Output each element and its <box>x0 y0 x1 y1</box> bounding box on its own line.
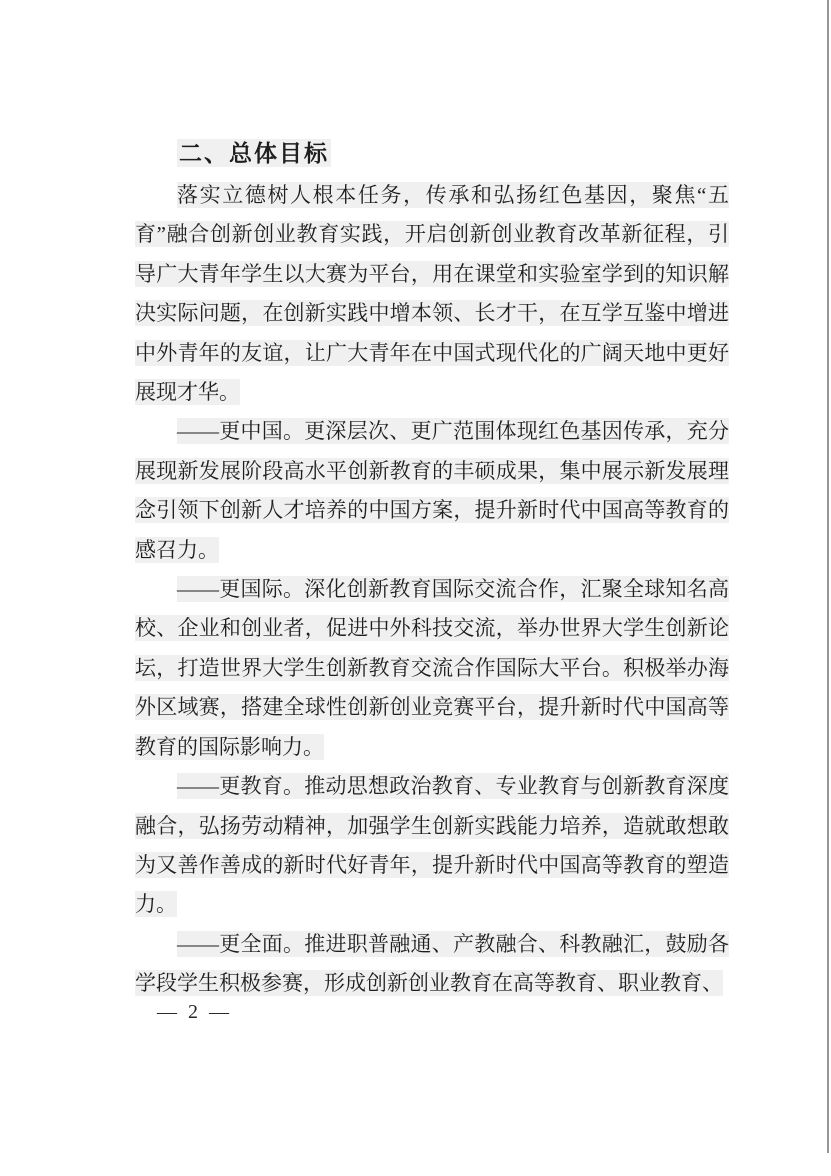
text-line: 学段学生积极参赛，形成创新创业教育在高等教育、职业教育、 <box>135 964 729 1003</box>
text-line-content: 念引领下创新人才培养的中国方案，提升新时代中国高等教育的 <box>135 497 729 523</box>
text-line: 中外青年的友谊，让广大青年在中国式现代化的广阔天地中更好 <box>135 334 729 373</box>
section-heading: 二、总体目标 <box>177 138 729 168</box>
text-line: 育”融合创新创业教育实践，开启创新创业教育改革新征程，引 <box>135 215 729 254</box>
text-line-content: 校、企业和创业者，促进中外科技交流，举办世界大学生创新论 <box>135 615 729 641</box>
document-page: 二、总体目标 落实立德树人根本任务，传承和弘扬红色基因，聚焦“五育”融合创新创业… <box>0 0 831 1176</box>
text-line: 力。 <box>135 885 729 924</box>
text-line-content: 感召力。 <box>135 537 219 563</box>
text-line: 感召力。 <box>135 531 729 570</box>
text-line-content: 展现新发展阶段高水平创新教育的丰硕成果，集中展示新发展理 <box>135 458 729 484</box>
text-line-content: 中外青年的友谊，让广大青年在中国式现代化的广阔天地中更好 <box>135 340 729 366</box>
text-line-content: 力。 <box>135 891 177 917</box>
text-line: 外区域赛，搭建全球性创新创业竞赛平台，提升新时代中国高等 <box>135 688 729 727</box>
text-line: 教育的国际影响力。 <box>135 728 729 767</box>
text-line-content: 坛，打造世界大学生创新教育交流合作国际大平台。积极举办海 <box>135 655 729 681</box>
text-line-content: ——更教育。推动思想政治教育、专业教育与创新教育深度 <box>177 773 729 799</box>
text-line: 校、企业和创业者，促进中外科技交流，举办世界大学生创新论 <box>135 609 729 648</box>
text-line-content: ——更全面。推进职普融通、产教融合、科教融汇，鼓励各 <box>177 931 729 957</box>
text-line-content: 决实际问题，在创新实践中增本领、长才干，在互学互鉴中增进 <box>135 300 729 326</box>
text-line-content: 学段学生积极参赛，形成创新创业教育在高等教育、职业教育、 <box>135 970 723 996</box>
text-line: 落实立德树人根本任务，传承和弘扬红色基因，聚焦“五 <box>135 176 729 215</box>
text-line-content: 育”融合创新创业教育实践，开启创新创业教育改革新征程，引 <box>135 221 729 247</box>
text-line: 展现才华。 <box>135 373 729 412</box>
text-line-content: 展现才华。 <box>135 379 240 405</box>
text-line: 决实际问题，在创新实践中增本领、长才干，在互学互鉴中增进 <box>135 294 729 333</box>
scan-edge-line <box>827 0 829 1153</box>
text-line-content: ——更中国。更深层次、更广范围体现红色基因传承，充分 <box>177 418 729 444</box>
text-line: 为又善作善成的新时代好青年，提升新时代中国高等教育的塑造 <box>135 846 729 885</box>
text-line: ——更中国。更深层次、更广范围体现红色基因传承，充分 <box>135 412 729 451</box>
text-line-content: 教育的国际影响力。 <box>135 734 324 760</box>
document-content: 二、总体目标 落实立德树人根本任务，传承和弘扬红色基因，聚焦“五育”融合创新创业… <box>135 138 729 1004</box>
section-heading-text: 二、总体目标 <box>177 139 331 167</box>
text-line-content: 落实立德树人根本任务，传承和弘扬红色基因，聚焦“五 <box>177 182 729 208</box>
text-line-content: 导广大青年学生以大赛为平台，用在课堂和实验室学到的知识解 <box>135 261 729 287</box>
text-line: ——更国际。深化创新教育国际交流合作，汇聚全球知名高 <box>135 570 729 609</box>
text-line-content: 为又善作善成的新时代好青年，提升新时代中国高等教育的塑造 <box>135 852 729 878</box>
text-line: 导广大青年学生以大赛为平台，用在课堂和实验室学到的知识解 <box>135 255 729 294</box>
text-line: 展现新发展阶段高水平创新教育的丰硕成果，集中展示新发展理 <box>135 452 729 491</box>
text-line: 融合，弘扬劳动精神，加强学生创新实践能力培养，造就敢想敢 <box>135 807 729 846</box>
paragraphs-container: 落实立德树人根本任务，传承和弘扬红色基因，聚焦“五育”融合创新创业教育实践，开启… <box>135 176 729 1004</box>
text-line: 坛，打造世界大学生创新教育交流合作国际大平台。积极举办海 <box>135 649 729 688</box>
text-line: ——更教育。推动思想政治教育、专业教育与创新教育深度 <box>135 767 729 806</box>
text-line-content: 融合，弘扬劳动精神，加强学生创新实践能力培养，造就敢想敢 <box>135 813 729 839</box>
text-line: 念引领下创新人才培养的中国方案，提升新时代中国高等教育的 <box>135 491 729 530</box>
text-line: ——更全面。推进职普融通、产教融合、科教融汇，鼓励各 <box>135 925 729 964</box>
page-number: — 2 — <box>157 1000 232 1024</box>
text-line-content: 外区域赛，搭建全球性创新创业竞赛平台，提升新时代中国高等 <box>135 694 729 720</box>
text-line-content: ——更国际。深化创新教育国际交流合作，汇聚全球知名高 <box>177 576 729 602</box>
